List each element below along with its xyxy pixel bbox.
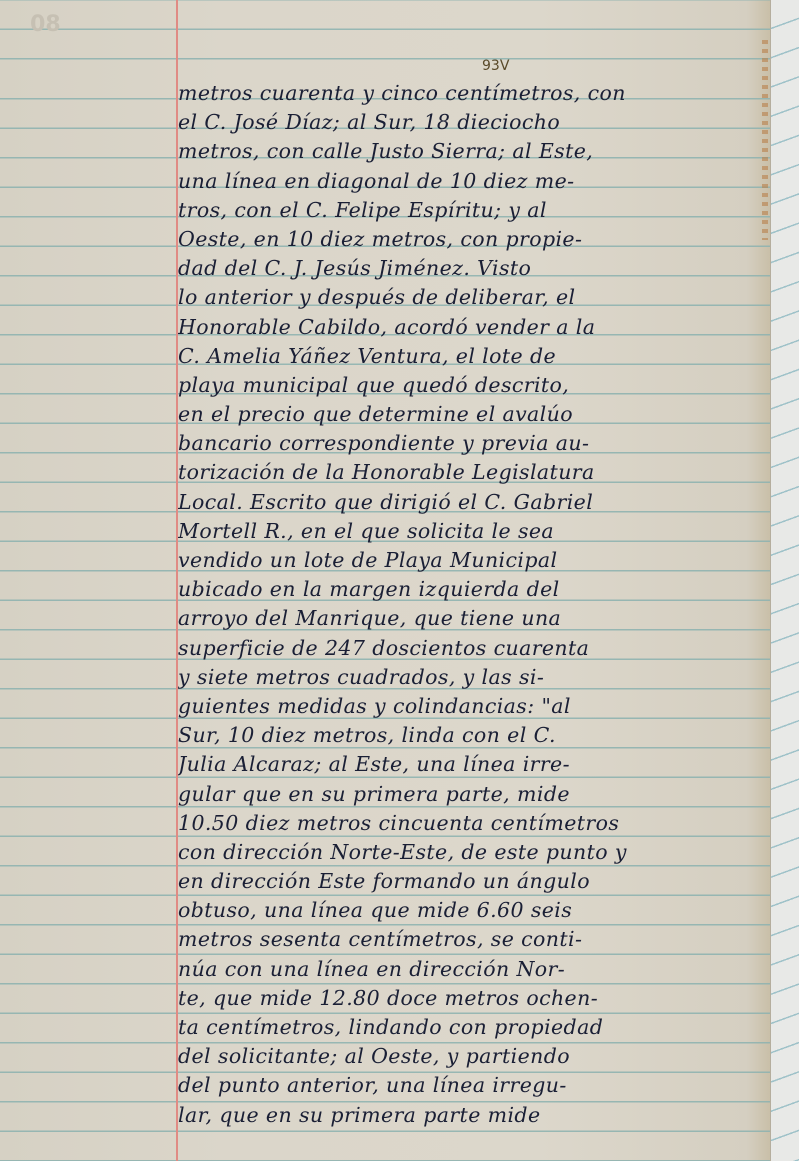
text-line: dad del C. J. Jesús Jiménez. Visto (178, 254, 763, 283)
text-line: ubicado en la margen izquierda del (178, 575, 763, 604)
text-line: Julia Alcaraz; al Este, una línea irre- (178, 750, 763, 779)
text-line: lo anterior y después de deliberar, el (178, 283, 763, 312)
text-line: ta centímetros, lindando con propiedad (178, 1013, 763, 1042)
text-line: en dirección Este formando un ángulo (178, 867, 763, 896)
text-line: superficie de 247 doscientos cuarenta (178, 634, 763, 663)
handwritten-text-body: metros cuarenta y cinco centímetros, con… (178, 79, 763, 1130)
text-line: gular que en su primera parte, mide (178, 780, 763, 809)
text-line: una línea en diagonal de 10 diez me- (178, 167, 763, 196)
text-line: 10.50 diez metros cincuenta centímetros (178, 809, 763, 838)
text-line: del solicitante; al Oeste, y partiendo (178, 1042, 763, 1071)
text-line: el C. José Díaz; al Sur, 18 dieciocho (178, 108, 763, 137)
text-line: Local. Escrito que dirigió el C. Gabriel (178, 488, 763, 517)
text-line: con dirección Norte-Este, de este punto … (178, 838, 763, 867)
text-line: obtuso, una línea que mide 6.60 seis (178, 896, 763, 925)
ledger-page: 80 93V metros cuarenta y cinco centímetr… (0, 0, 770, 1161)
text-line: guientes medidas y colindancias: "al (178, 692, 763, 721)
text-line: te, que mide 12.80 doce metros ochen- (178, 984, 763, 1013)
text-line: metros sesenta centímetros, se conti- (178, 925, 763, 954)
text-line: vendido un lote de Playa Municipal (178, 546, 763, 575)
text-line: torización de la Honorable Legislatura (178, 458, 763, 487)
text-line: Oeste, en 10 diez metros, con propie- (178, 225, 763, 254)
text-line: Mortell R., en el que solicita le sea (178, 517, 763, 546)
text-line: metros, con calle Justo Sierra; al Este, (178, 137, 763, 166)
text-line: metros cuarenta y cinco centímetros, con (178, 79, 763, 108)
text-line: arroyo del Manrique, que tiene una (178, 604, 763, 633)
text-line: playa municipal que quedó descrito, (178, 371, 763, 400)
text-line: y siete metros cuadrados, y las si- (178, 663, 763, 692)
text-line: lar, que en su primera parte mide (178, 1101, 763, 1130)
text-line: Honorable Cabildo, acordó vender a la (178, 313, 763, 342)
bleed-through-page-number: 80 (30, 12, 61, 37)
folio-number: 93V (482, 58, 509, 74)
text-line: C. Amelia Yáñez Ventura, el lote de (178, 342, 763, 371)
text-line: Sur, 10 diez metros, linda con el C. (178, 721, 763, 750)
text-line: tros, con el C. Felipe Espíritu; y al (178, 196, 763, 225)
text-line: del punto anterior, una línea irregu- (178, 1071, 763, 1100)
text-line: núa con una línea en dirección Nor- (178, 955, 763, 984)
adjacent-page-edge (770, 0, 799, 1161)
text-line: bancario correspondiente y previa au- (178, 429, 763, 458)
text-line: en el precio que determine el avalúo (178, 400, 763, 429)
